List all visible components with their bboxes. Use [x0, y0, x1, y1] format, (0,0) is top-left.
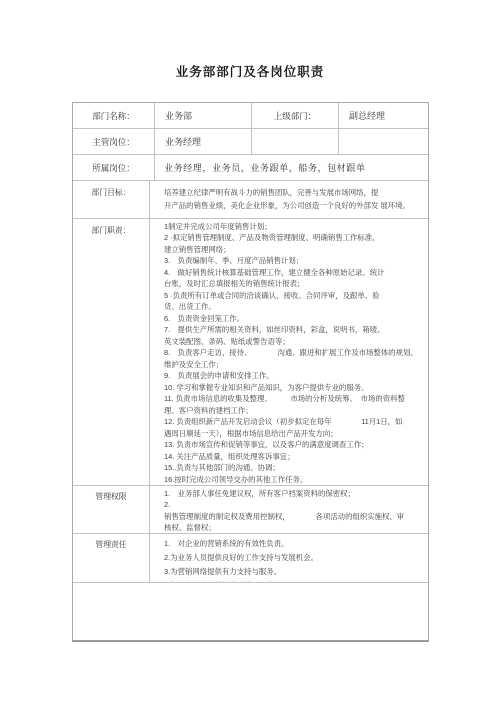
duty-item: 7. 提供生产所需的相关资料，如丝印资料，彩盒，说明书，箱唛、 英文装配图、条码…	[164, 324, 424, 347]
empty-cell	[251, 129, 338, 154]
authority-content: 1. 业务部人事任免建议权，所有客户档案资料的保密权； 2. 销售管理制度的制定…	[149, 486, 428, 533]
duty-item: 1制定并完成公司年度销售计划；	[164, 221, 424, 232]
supervisor-value: 业务经理	[154, 129, 251, 154]
responsibilities-table: 部门名称： 业务部 上级部门： 副总经理 主管岗位： 业务经理 所属岗位： 业务…	[72, 102, 429, 642]
table-row-dept-name: 部门名称： 业务部 上级部门： 副总经理	[73, 103, 428, 128]
page-title: 业务部部门及各岗位职责	[0, 62, 500, 80]
duty-item: 2 ·拟定销售管理制度、产品及物资管理制度、明确销售工作标准、 建立销售管理网络…	[164, 232, 424, 255]
responsibility-line: 2.为业务人员提供良好的工作支持与发展机会。	[164, 551, 424, 565]
positions-value: 业务经理，业务员，业务跟单，船务，包材跟单	[154, 155, 428, 180]
empty-cell	[338, 129, 428, 154]
duties-label: 部门职责：	[73, 219, 149, 485]
duties-content: 1制定并完成公司年度销售计划； 2 ·拟定销售管理制度、产品及物资管理制度、明确…	[149, 219, 428, 485]
table-row-responsibility: 管理责任 1. 对企业的营销系统的有效性负责。 2.为业务人员提供良好的工作支持…	[73, 533, 428, 582]
positions-label: 所属岗位：	[73, 155, 154, 180]
parent-dept-value: 副总经理	[338, 103, 428, 128]
duty-item: 12. 负责组织新产品开发启动会议（初步拟定在每年 11月1日，如 遇周日顺延一…	[164, 416, 424, 439]
supervisor-label: 主管岗位：	[73, 129, 154, 154]
table-row-authority: 管理权限 1. 业务部人事任免建议权，所有客户档案资料的保密权； 2. 销售管理…	[73, 485, 428, 533]
table-row-goal: 部门目标： 培养建立纪律严明有战斗力的销售团队，完善与发展市场网络，提 升产品的…	[73, 180, 428, 218]
duty-item: 13. 负责市场宣传和促销等事宜，以及客户的满意度调查工作；	[164, 439, 424, 450]
authority-label: 管理权限	[73, 486, 149, 533]
dept-name-value: 业务部	[154, 103, 251, 128]
responsibility-content: 1. 对企业的营销系统的有效性负责。 2.为业务人员提供良好的工作支持与发展机会…	[149, 534, 428, 582]
table-row-empty	[73, 582, 428, 640]
duty-item: 11. 负责市场信息的收集及整理、 市场的分析及统筹、 市场的资料整 理、客户资…	[164, 393, 424, 416]
duty-item: 16.按时完成公司领导交办的其他工作任务。	[164, 474, 424, 485]
duty-item: 14. 关注产品质量，组织处理客诉事宜；	[164, 451, 424, 462]
duty-item: 8. 负责客户走访、接待、 沟通、跟进和扩展工作及市场整体的规划、 维护及安全工…	[164, 347, 424, 370]
responsibility-label: 管理责任	[73, 534, 149, 582]
duty-item: 6. 负责资金回笼工作。	[164, 313, 424, 324]
table-row-duties: 部门职责： 1制定并完成公司年度销售计划； 2 ·拟定销售管理制度、产品及物资管…	[73, 218, 428, 485]
duty-item: 15..负责与其他部门的沟通、协调；	[164, 462, 424, 473]
responsibility-line: 4.负责本部人员的培训及管理工作	[164, 579, 424, 582]
parent-dept-label: 上级部门：	[251, 103, 338, 128]
duty-item: 5 ·负责所有订单或合同的洽谈确认、接收、合同评审，及跟单、验 货、出货工作。	[164, 290, 424, 313]
table-row-positions: 所属岗位： 业务经理，业务员，业务跟单，船务，包材跟单	[73, 154, 428, 180]
duty-item: 4. 做好销售统计核算基础管理工作，建立健全各种原始记录、统计 台账，及时汇总填…	[164, 267, 424, 290]
goal-label: 部门目标：	[73, 181, 149, 218]
responsibility-line: 3.为营销网络提供有力支持与服务。	[164, 565, 424, 579]
table-row-supervisor: 主管岗位： 业务经理	[73, 128, 428, 154]
dept-name-label: 部门名称：	[73, 103, 154, 128]
responsibility-line: 1. 对企业的营销系统的有效性负责。	[164, 537, 424, 551]
duty-item: 3. 负责编制年、季、月度产品销售计划；	[164, 255, 424, 266]
duty-item: 10. 学习和掌握专业知识和产品知识，为客户提供专业的服务。	[164, 382, 424, 393]
empty-cell	[73, 583, 428, 640]
goal-content: 培养建立纪律严明有战斗力的销售团队，完善与发展市场网络，提 升产品的销售业绩，美…	[149, 181, 428, 218]
duty-item: 9. 负责展会的申请和安排工作。	[164, 370, 424, 381]
